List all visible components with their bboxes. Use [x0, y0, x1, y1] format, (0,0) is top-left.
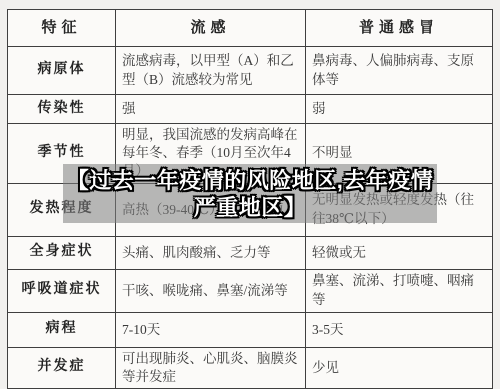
- table-row-systemic-symptoms: 全身症状 头痛、肌肉酸痛、乏力等 轻微或无: [8, 236, 493, 269]
- cell-disease-course-cold: 3-5天: [306, 312, 493, 347]
- column-header-common-cold: 普通感冒: [306, 10, 493, 47]
- row-label-systemic-symptoms: 全身症状: [8, 236, 116, 269]
- table-row-fever-degree: 发热程度 高热（39-40℃），可伴寒颤 无明显发热或轻度发热（往往38℃以下）: [8, 183, 493, 236]
- row-label-respiratory-symptoms: 呼吸道症状: [8, 269, 116, 312]
- flu-vs-cold-comparison-table: 特征 流感 普通感冒 病原体 流感病毒，以甲型（A）和乙型（B）流感较为常见 鼻…: [7, 9, 493, 389]
- cell-seasonality-flu: 明显，我国流感的发病高峰在每年冬、春季（10月至次年4月）: [116, 124, 306, 184]
- cell-systemic-symptoms-cold: 轻微或无: [306, 236, 493, 269]
- cell-pathogen-flu: 流感病毒，以甲型（A）和乙型（B）流感较为常见: [116, 47, 306, 95]
- row-label-pathogen: 病原体: [8, 47, 116, 95]
- cell-contagiousness-cold: 弱: [306, 95, 493, 124]
- row-label-complications: 并发症: [8, 347, 116, 388]
- page-canvas: 特征 流感 普通感冒 病原体 流感病毒，以甲型（A）和乙型（B）流感较为常见 鼻…: [0, 0, 500, 389]
- cell-pathogen-cold: 鼻病毒、人偏肺病毒、支原体等: [306, 47, 493, 95]
- table-row-respiratory-symptoms: 呼吸道症状 干咳、喉咙痛、鼻塞/流涕等 鼻塞、流涕、打喷嚏、咽痛等: [8, 269, 493, 312]
- cell-respiratory-symptoms-flu: 干咳、喉咙痛、鼻塞/流涕等: [116, 269, 306, 312]
- cell-fever-degree-flu: 高热（39-40℃），可伴寒颤: [116, 183, 306, 236]
- cell-seasonality-cold: 不明显: [306, 124, 493, 184]
- cell-complications-cold: 少见: [306, 347, 493, 388]
- cell-systemic-symptoms-flu: 头痛、肌肉酸痛、乏力等: [116, 236, 306, 269]
- cell-respiratory-symptoms-cold: 鼻塞、流涕、打喷嚏、咽痛等: [306, 269, 493, 312]
- row-label-disease-course: 病程: [8, 312, 116, 347]
- column-header-feature: 特征: [8, 10, 116, 47]
- column-header-flu: 流感: [116, 10, 306, 47]
- row-label-seasonality: 季节性: [8, 124, 116, 184]
- cell-complications-flu: 可出现肺炎、心肌炎、脑膜炎等并发症: [116, 347, 306, 388]
- cell-fever-degree-cold: 无明显发热或轻度发热（往往38℃以下）: [306, 183, 493, 236]
- table-row-disease-course: 病程 7-10天 3-5天: [8, 312, 493, 347]
- table-header-row: 特征 流感 普通感冒: [8, 10, 493, 47]
- cell-disease-course-flu: 7-10天: [116, 312, 306, 347]
- table-row-seasonality: 季节性 明显，我国流感的发病高峰在每年冬、春季（10月至次年4月） 不明显: [8, 124, 493, 184]
- row-label-contagiousness: 传染性: [8, 95, 116, 124]
- cell-contagiousness-flu: 强: [116, 95, 306, 124]
- table-row-complications: 并发症 可出现肺炎、心肌炎、脑膜炎等并发症 少见: [8, 347, 493, 388]
- table-row-pathogen: 病原体 流感病毒，以甲型（A）和乙型（B）流感较为常见 鼻病毒、人偏肺病毒、支原…: [8, 47, 493, 95]
- row-label-fever-degree: 发热程度: [8, 183, 116, 236]
- table-row-contagiousness: 传染性 强 弱: [8, 95, 493, 124]
